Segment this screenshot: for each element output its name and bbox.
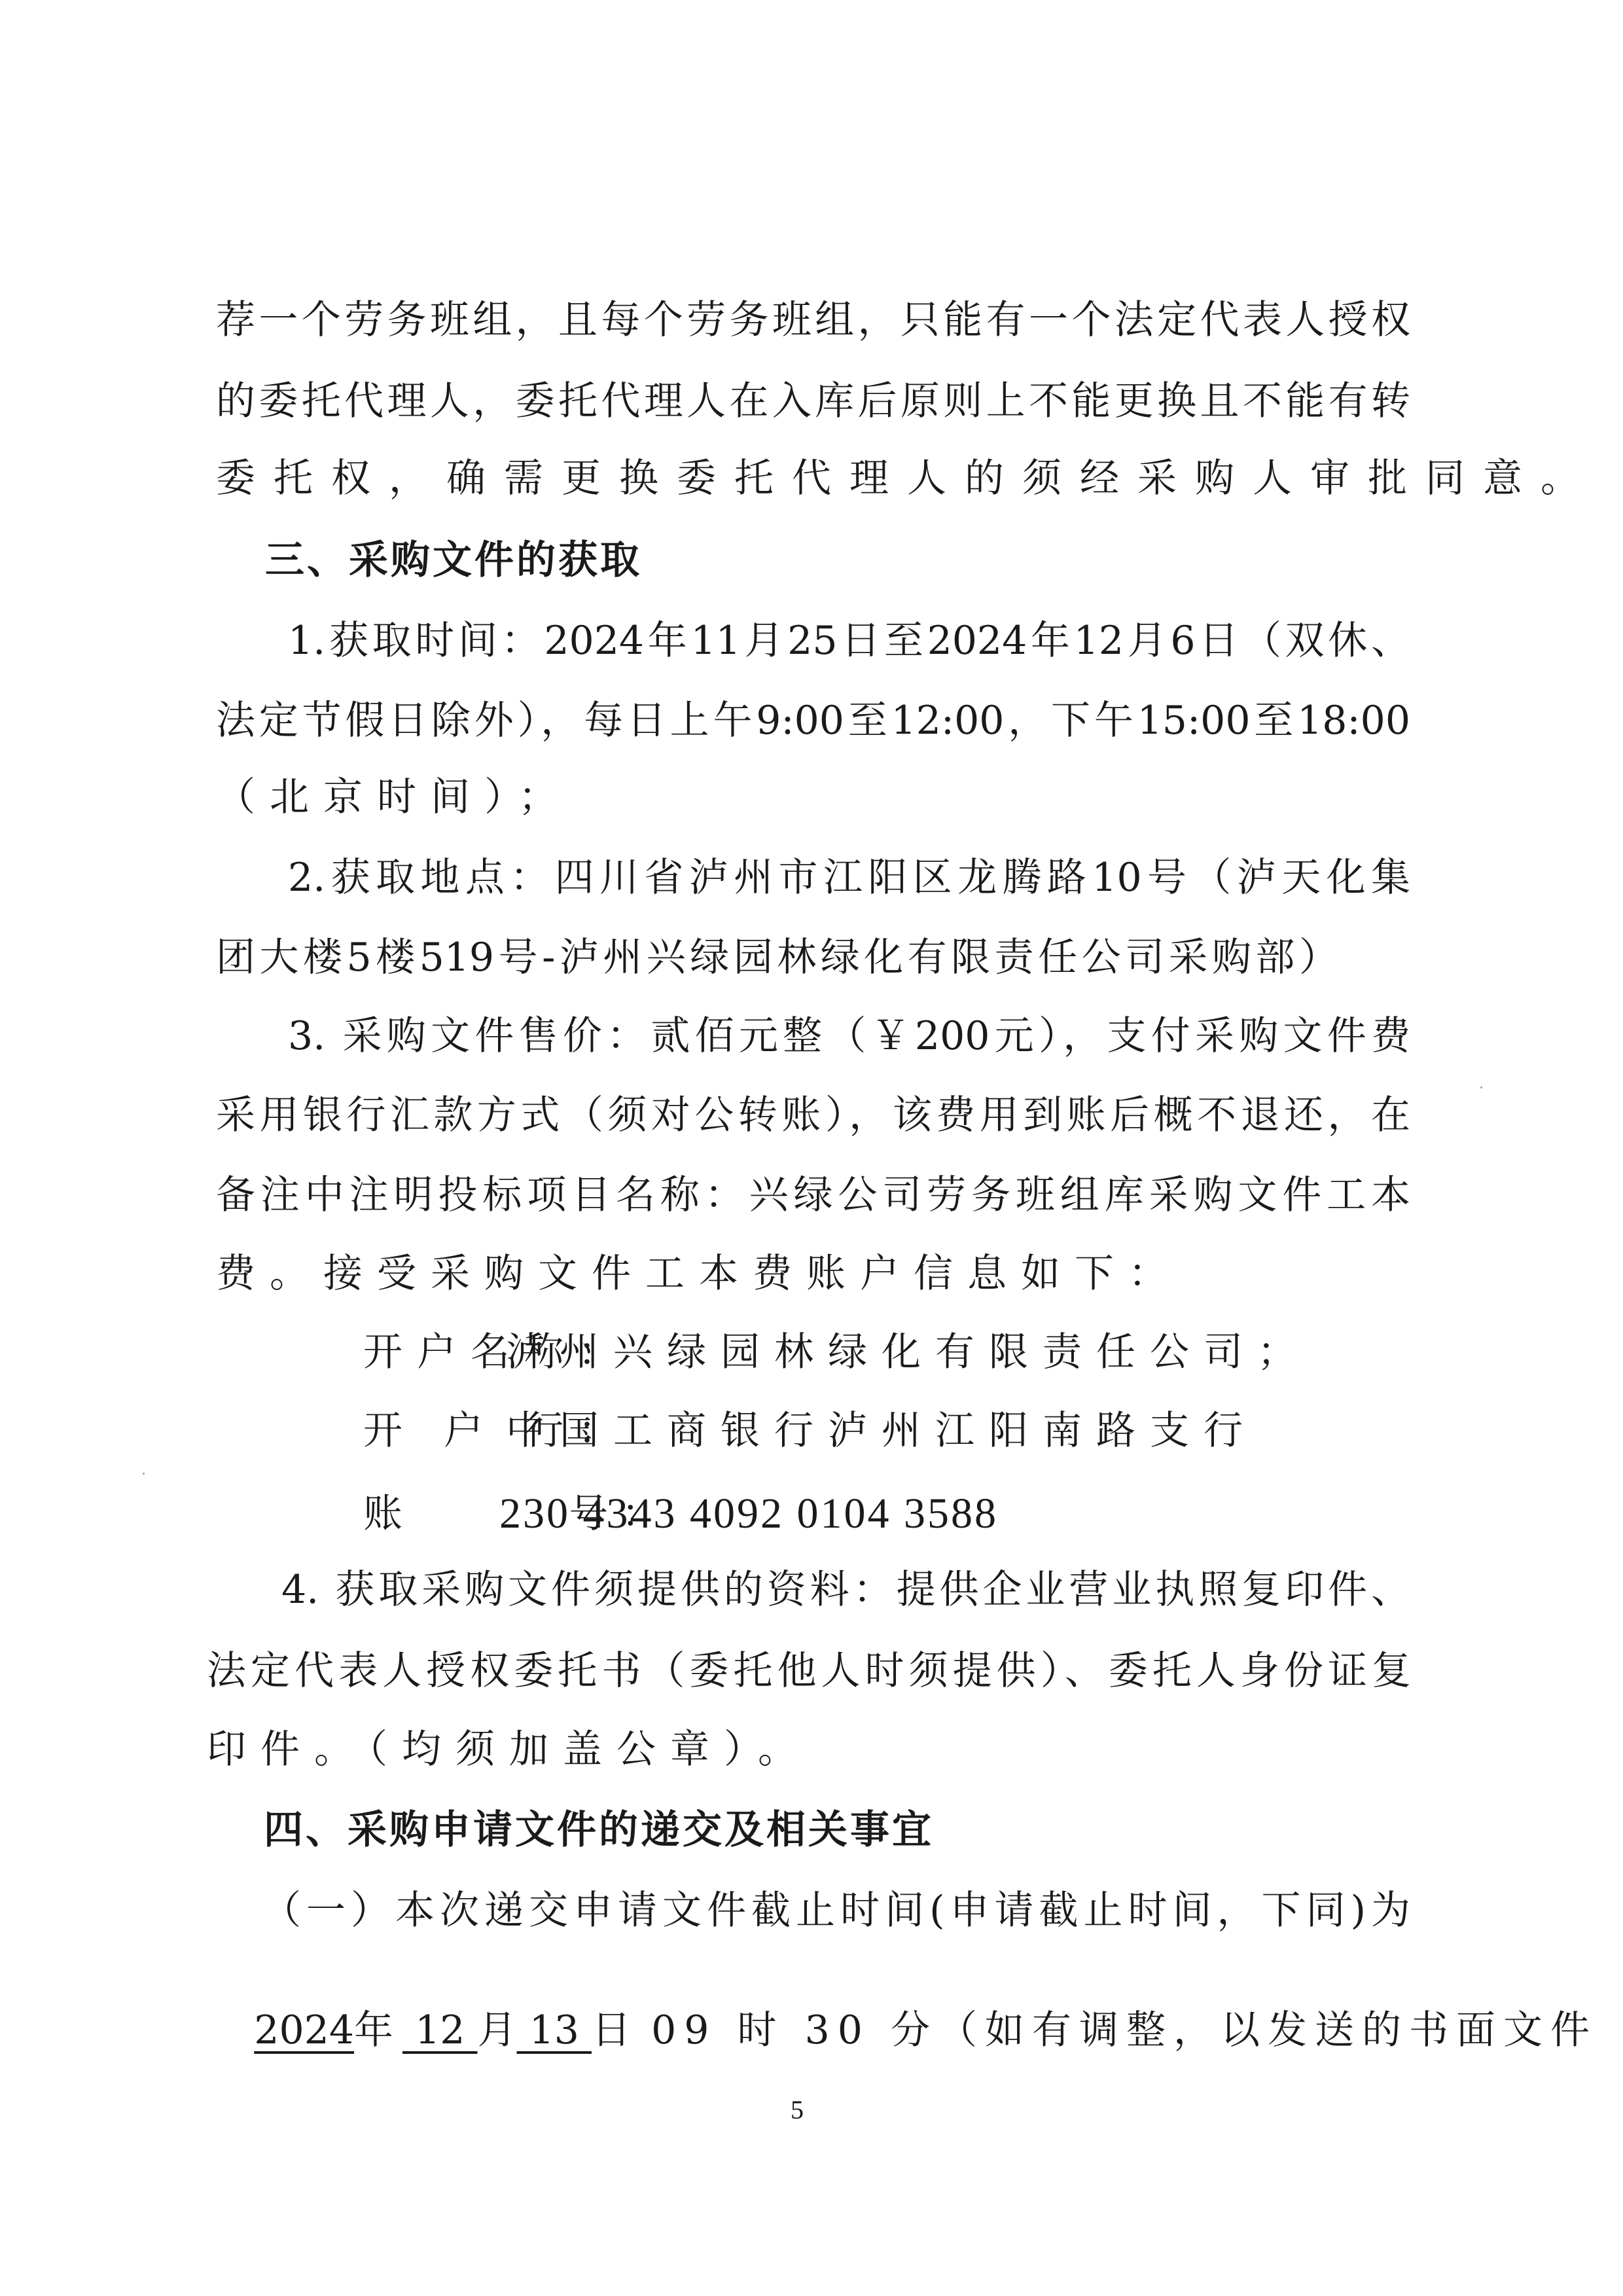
section-heading-3: 三、采购文件的获取 — [265, 539, 642, 582]
item1-line: 法定节假日除外），每日上午9:00至12:00，下午15:00至18:00 — [216, 699, 1410, 742]
deadline-year-unit: 年 — [354, 2007, 402, 2053]
scan-speck — [1480, 1086, 1482, 1088]
item4-line: 法定代表人授权委托书（委托他人时须提供）、委托人身份证复 — [207, 1649, 1411, 1693]
deadline-day: 13 — [517, 2007, 592, 2053]
deadline-month: 12 — [402, 2007, 478, 2053]
page-number: 5 — [791, 2094, 804, 2125]
item1-line: 1.获取时间：2024年11月25日至2024年12月6日（双休、 — [288, 619, 1410, 662]
bank-value: 中国工商银行泸州江阳南路支行 — [506, 1409, 1257, 1452]
bank-name-row: 开 户 行： 中国工商银行泸州江阳南路支行 — [0, 1409, 1623, 1452]
item3-line: 3. 采购文件售价：贰佰元整（￥200元），支付采购文件费 — [288, 1014, 1410, 1058]
account-name-value: 泸州兴绿园林绿化有限责任公司； — [506, 1331, 1311, 1374]
item2-line: 团大楼5楼519号-泸州兴绿园林绿化有限责任公司采购部） — [216, 936, 1338, 979]
paragraph-line: 荐一个劳务班组，且每个劳务班组，只能有一个法定代表人授权 — [216, 298, 1410, 342]
section-heading-4: 四、采购申请文件的递交及相关事宜 — [264, 1808, 934, 1852]
account-number-value: 230 4343 4092 0104 3588 — [499, 1492, 998, 1535]
deadline-day-unit: 日 — [592, 2007, 631, 2053]
paragraph-line: 的委托代理人，委托代理人在入库后原则上不能更换且不能有转 — [216, 380, 1410, 423]
submission-deadline-line: （一）本次递交申请文件截止时间(申请截止时间，下同)为 — [262, 1889, 1410, 1932]
deadline-year: 2024 — [254, 2007, 354, 2053]
paragraph-line: 委托权，确需更换委托代理人的须经采购人审批同意。 — [216, 457, 1598, 500]
item4-line: 4. 获取采购文件须提供的资料：提供企业营业执照复印件、 — [281, 1568, 1410, 1611]
deadline-month-unit: 月 — [478, 2007, 517, 2053]
item4-line: 印件。（均须加盖公章）。 — [207, 1728, 811, 1771]
submission-deadline-date-line: 2024年 12 月 13 日 09 时 30 分（如有调整，以发送的书面文件 — [204, 1965, 1410, 2009]
document-page: 荐一个劳务班组，且每个劳务班组，只能有一个法定代表人授权 的委托代理人，委托代理… — [0, 0, 1623, 2296]
item3-line: 费。接受采购文件工本费账户信息如下： — [216, 1252, 1182, 1295]
item3-line: 备注中注明投标项目名称：兴绿公司劳务班组库采购文件工本 — [216, 1174, 1410, 1217]
account-number-row: 账 号： 230 4343 4092 0104 3588 — [0, 1492, 1623, 1535]
deadline-rest: 09 时 30 分（如有调整，以发送的书面文件 — [631, 2007, 1597, 2053]
scan-speck — [143, 1473, 145, 1475]
item2-line: 2.获取地点：四川省泸州市江阳区龙腾路10号（泸天化集 — [288, 856, 1410, 899]
item1-line: （北京时间）； — [216, 776, 572, 819]
bank-account-name-row: 开户名称： 泸州兴绿园林绿化有限责任公司； — [0, 1331, 1623, 1374]
item3-line: 采用银行汇款方式（须对公转账），该费用到账后概不退还，在 — [216, 1094, 1410, 1137]
